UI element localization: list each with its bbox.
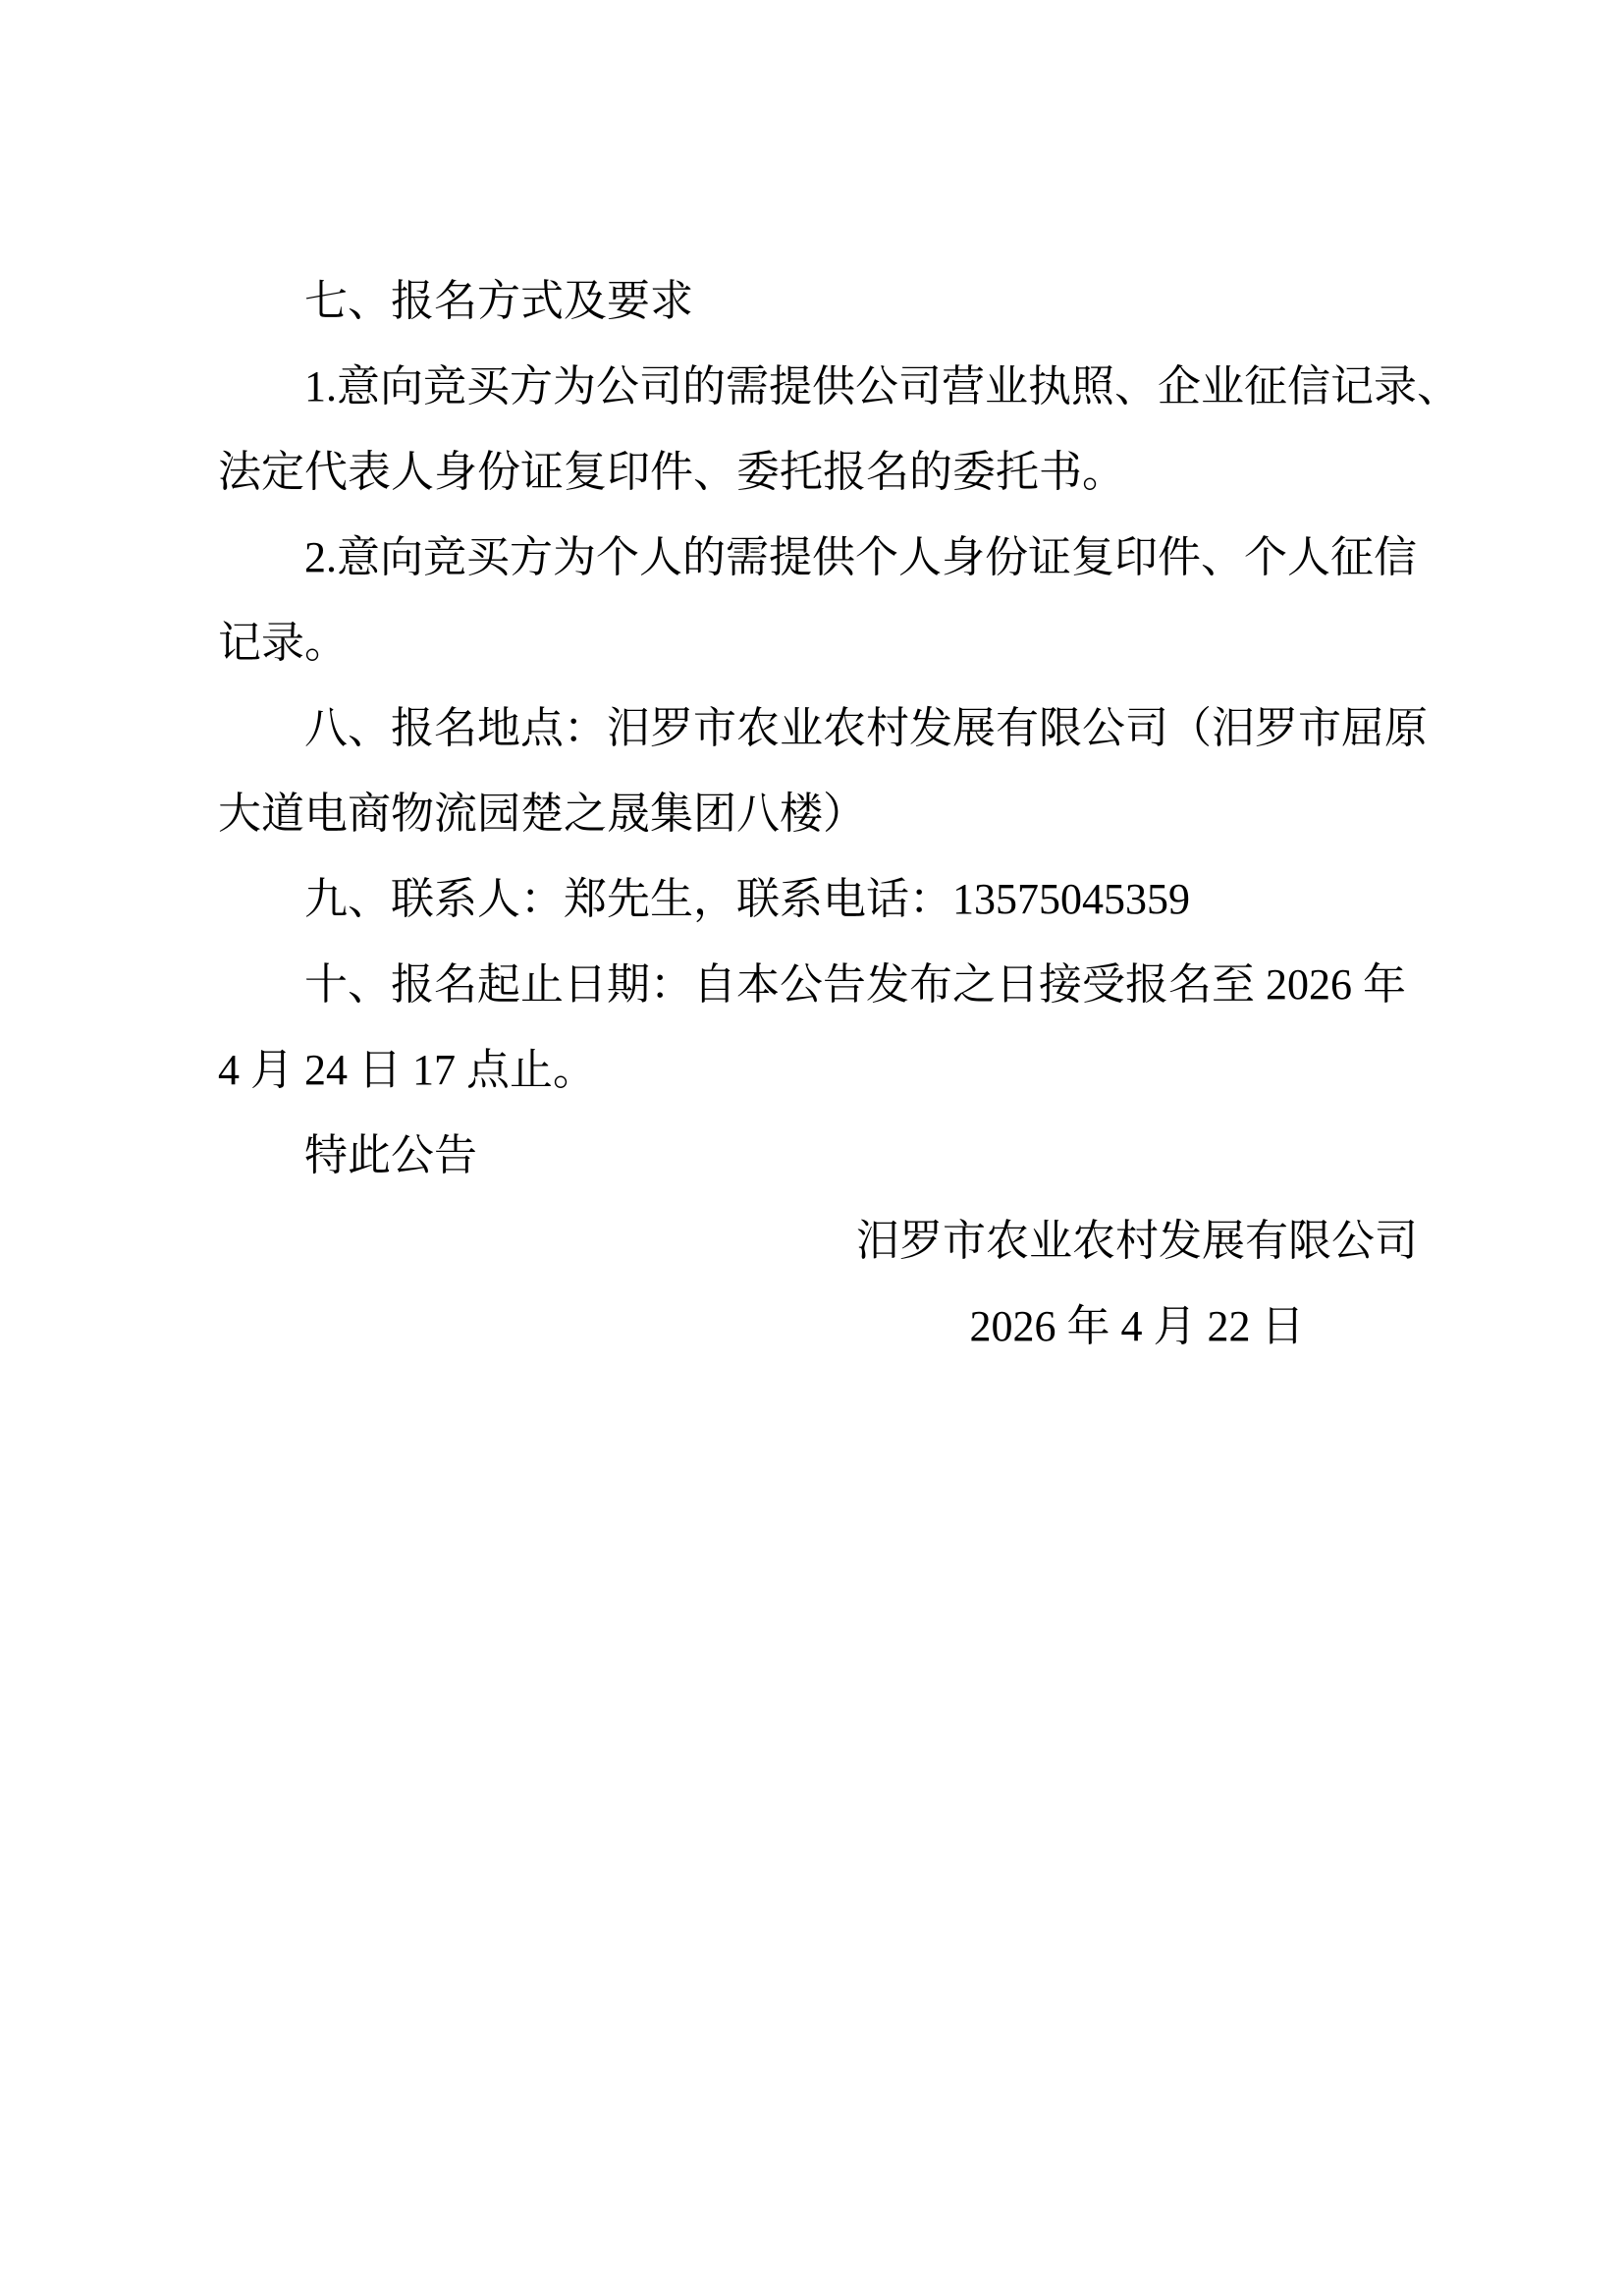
section-8-location-line-1: 八、报名地点：汨罗市农业农村发展有限公司（汨罗市屈原	[218, 685, 1483, 771]
section-heading-7: 七、报名方式及要求	[218, 258, 1483, 344]
signature-company-name: 汨罗市农业农村发展有限公司	[791, 1198, 1483, 1284]
closing-announcement-line: 特此公告	[218, 1113, 1483, 1198]
paragraph-item-1-line-1: 1.意向竞买方为公司的需提供公司营业执照、企业征信记录、	[218, 344, 1483, 429]
signature-date: 2026 年 4 月 22 日	[791, 1284, 1483, 1369]
paragraph-item-2-line-2: 记录。	[218, 600, 1483, 685]
section-8-location-line-2: 大道电商物流园楚之晟集团八楼）	[218, 771, 1483, 856]
paragraph-item-1-line-2: 法定代表人身份证复印件、委托报名的委托书。	[218, 429, 1483, 515]
section-10-deadline-line-1: 十、报名起止日期：自本公告发布之日接受报名至 2026 年	[218, 942, 1483, 1027]
signature-block: 汨罗市农业农村发展有限公司 2026 年 4 月 22 日	[791, 1198, 1483, 1369]
paragraph-item-2-line-1: 2.意向竞买方为个人的需提供个人身份证复印件、个人征信	[218, 515, 1483, 600]
section-10-deadline-line-2: 4 月 24 日 17 点止。	[218, 1027, 1483, 1113]
section-9-contact-line: 九、联系人：郑先生，联系电话：13575045359	[218, 856, 1483, 942]
document-page: 七、报名方式及要求 1.意向竞买方为公司的需提供公司营业执照、企业征信记录、 法…	[0, 0, 1624, 2296]
